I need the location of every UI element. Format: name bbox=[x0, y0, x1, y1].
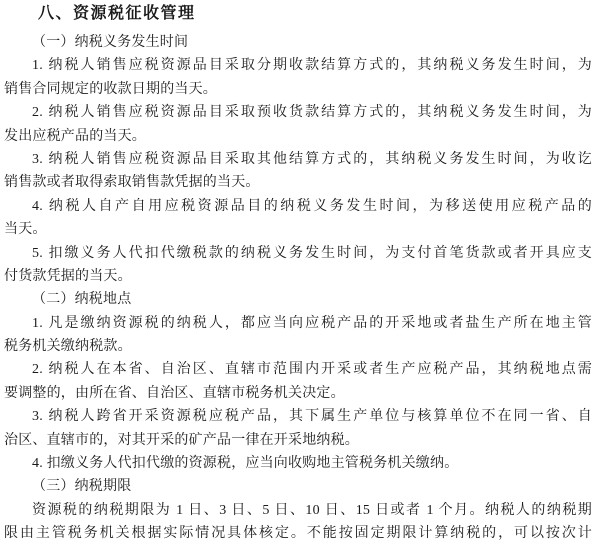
text-line: 当天。 bbox=[4, 218, 592, 241]
text-line: 5. 扣缴义务人代扣代缴税款的纳税义务发生时间，为支付首笔货款或者开具应支 bbox=[4, 242, 592, 265]
text-line: （二）纳税地点 bbox=[4, 288, 592, 311]
text-line: （三）纳税期限 bbox=[4, 475, 592, 498]
text-line: 税务机关缴纳税款。 bbox=[4, 335, 592, 358]
text-line: 1. 纳税人销售应税资源品目采取分期收款结算方式的，其纳税义务发生时间，为 bbox=[4, 54, 592, 77]
document-page: 八、资源税征收管理 （一）纳税义务发生时间1. 纳税人销售应税资源品目采取分期收… bbox=[0, 0, 600, 545]
text-line: 付货款凭据的当天。 bbox=[4, 265, 592, 288]
text-line: 资源税的纳税期限为 1 日、3 日、5 日、10 日、15 日或者 1 个月。纳… bbox=[4, 499, 592, 522]
text-line: 限由主管税务机关根据实际情况具体核定。不能按固定期限计算纳税的，可以按次计 bbox=[4, 522, 592, 545]
text-line: 要调整的，由所在省、自治区、直辖市税务机关决定。 bbox=[4, 382, 592, 405]
text-line: 4. 扣缴义务人代扣代缴的资源税，应当向收购地主管税务机关缴纳。 bbox=[4, 452, 592, 475]
text-line: 2. 纳税人在本省、自治区、直辖市范围内开采或者生产应税产品，其纳税地点需 bbox=[4, 358, 592, 381]
text-line: 2. 纳税人销售应税资源品目采取预收货款结算方式的，其纳税义务发生时间，为 bbox=[4, 101, 592, 124]
document-lines: （一）纳税义务发生时间1. 纳税人销售应税资源品目采取分期收款结算方式的，其纳税… bbox=[4, 31, 592, 545]
text-line: 1. 凡是缴纳资源税的纳税人，都应当向应税产品的开采地或者盐生产所在地主管 bbox=[4, 312, 592, 335]
text-line: （一）纳税义务发生时间 bbox=[4, 31, 592, 54]
text-line: 发出应税产品的当天。 bbox=[4, 125, 592, 148]
section-heading: 八、资源税征收管理 bbox=[4, 4, 592, 24]
text-line: 销售款或者取得索取销售款凭据的当天。 bbox=[4, 171, 592, 194]
text-line: 3. 纳税人销售应税资源品目采取其他结算方式的，其纳税义务发生时间，为收讫 bbox=[4, 148, 592, 171]
text-line: 3. 纳税人跨省开采资源税应税产品，其下属生产单位与核算单位不在同一省、自 bbox=[4, 405, 592, 428]
text-line: 4. 纳税人自产自用应税资源品目的纳税义务发生时间，为移送使用应税产品的 bbox=[4, 195, 592, 218]
text-line: 销售合同规定的收款日期的当天。 bbox=[4, 78, 592, 101]
text-line: 治区、直辖市的，对其开采的矿产品一律在开采地纳税。 bbox=[4, 429, 592, 452]
